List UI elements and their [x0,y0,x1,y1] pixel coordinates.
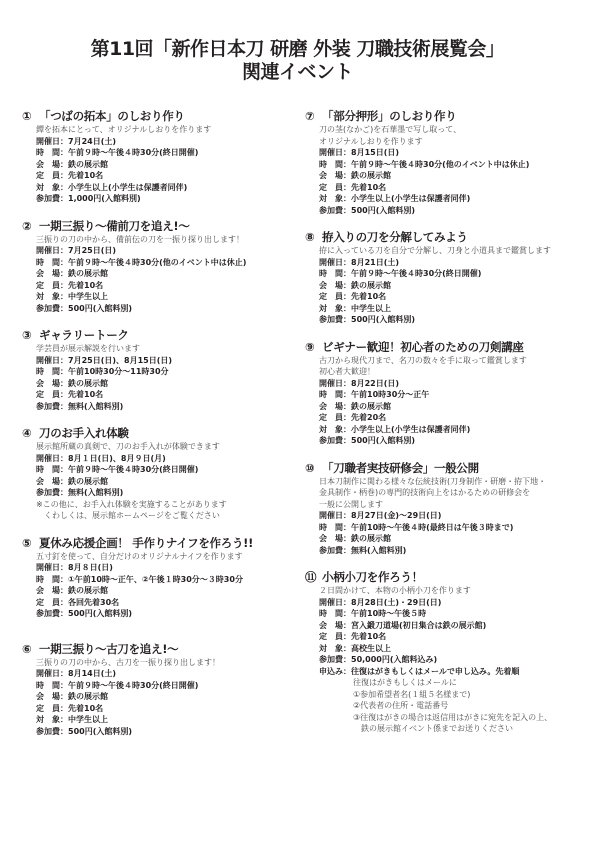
event-number: ⑩ [305,461,319,476]
event-description: オリジナルしおりを作ります [319,136,590,148]
event-capacity: 定 員：先着10名 [36,280,302,292]
event-description: 一般に公開します [319,499,590,511]
event-description: ２日間かけて、本物の小柄小刀を作ります [319,585,590,597]
event-2: ②一期三振り〜備前刀を追え!〜 三振りの刀の中から、備前伝の刀を一振り探り出しま… [22,219,302,315]
event-fee: 参加費：無料(入館料別) [36,487,302,499]
event-number: ⑪ [305,570,319,585]
application-note: ②代表者の住所・電話番号 [319,700,590,712]
event-venue: 会 場：鉄の展示館 [319,170,590,182]
event-capacity: 定 員：各回先着30名 [36,597,302,609]
application-note: 鉄の展示館イベント係までお送りください [319,723,590,735]
event-fee: 参加費：500円(入館料別) [319,435,590,447]
event-description: 三振りの刀の中から、古刀を一振り探り出します！ [36,657,302,669]
event-9: ⑨ビギナー歓迎！初心者のための刀剣講座 古刀から現代刀まで、名刀の数々を手に取っ… [305,340,590,447]
event-number: ② [22,219,36,234]
application-note: ③往復はがきの場合は返信用はがきに宛先を記入の上、 [319,712,590,724]
event-date: 開催日：8月27日(金)〜29日(日) [319,510,590,522]
event-venue: 会 場：鉄の展示館 [36,691,302,703]
event-description: 金具制作・柄巻)の専門的技術向上をはかるための研修会を [319,487,590,499]
event-number: ⑥ [22,642,36,657]
event-title: ⑩「刀職者実技研修会」一般公開 [305,461,590,476]
event-venue: 会 場：鉄の展示館 [36,159,302,171]
title-line-1: 第11回「新作日本刀 研磨 外装 刀職技術展覧会」 [0,38,595,61]
event-fee: 参加費：500円(入館料別) [36,608,302,620]
event-time: 時 間：午前10時30分〜11時30分 [36,366,302,378]
event-description: 古刀から現代刀まで、名刀の数々を手に取って鑑賞します [319,355,590,367]
event-title: ⑨ビギナー歓迎！初心者のための刀剣講座 [305,340,590,355]
event-capacity: 定 員：先着20名 [319,412,590,424]
application-note: 往復はがきもしくはメールに [319,677,590,689]
event-capacity: 定 員：先着10名 [36,170,302,182]
event-4: ④刀のお手入れ体験 展示館所蔵の真剣で、刀のお手入れが体験できます 開催日：8月… [22,426,302,522]
event-number: ④ [22,426,36,441]
event-5: ⑤夏休み応援企画！ 手作りナイフを作ろう!! 五寸釘を使って、自分だけのオリジナ… [22,536,302,620]
event-date: 開催日：7月25日(日)、8月15日(日) [36,355,302,367]
event-capacity: 定 員：先着10名 [319,631,590,643]
event-date: 開催日：8月14日(土) [36,668,302,680]
event-title: ⑤夏休み応援企画！ 手作りナイフを作ろう!! [22,536,302,551]
event-title: ⑪小柄小刀を作ろう！ [305,570,590,585]
event-time: 時 間：午前９時〜午後４時30分(終日開催) [36,680,302,692]
event-7: ⑦「部分押形」のしおり作り 刀の茎(なかご)を石華墨で写し取って、 オリジナルし… [305,109,590,216]
event-venue: 会 場：鉄の展示館 [319,401,590,413]
event-eligibility: 対 象：中学生以上 [36,291,302,303]
event-6: ⑥一期三振り〜古刀を追え!〜 三振りの刀の中から、古刀を一振り探り出します！ 開… [22,642,302,738]
event-time: 時 間：午前10時〜午後５時 [319,608,590,620]
event-note: くわしくは、展示館ホームページをご覧ください [36,510,302,522]
event-date: 開催日：8月28日(土)・29日(日) [319,597,590,609]
event-title: ⑥一期三振り〜古刀を追え!〜 [22,642,302,657]
event-title: ⑧拵入りの刀を分解してみよう [305,230,590,245]
event-number: ⑧ [305,230,319,245]
event-date: 開催日：7月25日(日) [36,245,302,257]
event-description: 初心者大歓迎！ [319,366,590,378]
event-eligibility: 対 象：高校生以上 [319,643,590,655]
event-fee: 参加費：500円(入館料別) [36,303,302,315]
event-capacity: 定 員：先着10名 [36,389,302,401]
event-date: 開催日：8月21日(土) [319,257,590,269]
event-title: ③ギャラリートーク [22,328,302,343]
right-column: ⑦「部分押形」のしおり作り 刀の茎(なかご)を石華墨で写し取って、 オリジナルし… [305,109,590,749]
event-date: 開催日：8月22日(日) [319,378,590,390]
event-title: ①「つばの拓本」のしおり作り [22,109,302,124]
event-description: 学芸員が展示解説を行います [36,343,302,355]
event-venue: 会 場：鉄の展示館 [319,280,590,292]
event-application: 申込み：往復はがきもしくはメールで申し込み。先着順 [319,666,590,678]
event-capacity: 定 員：先着10名 [319,291,590,303]
event-8: ⑧拵入りの刀を分解してみよう 拵に入っている刀を自分で分解し、刀身と小道具まで鑑… [305,230,590,326]
application-note: ①参加希望者名(１組５名様まで) [319,689,590,701]
event-capacity: 定 員：先着10名 [319,182,590,194]
event-venue: 会 場：鉄の展示館 [36,268,302,280]
event-venue: 会 場：鉄の展示館 [36,476,302,488]
page-title: 第11回「新作日本刀 研磨 外装 刀職技術展覧会」 関連イベント [0,38,595,84]
event-fee: 参加費：50,000円(入館料込み) [319,654,590,666]
event-time: 時 間：午前９時〜午後４時30分(他のイベント中は休止) [36,257,302,269]
event-description: 五寸釘を使って、自分だけのオリジナルナイフを作ります [36,551,302,563]
event-time: 時 間：午前９時〜午後４時30分(終日開催) [36,464,302,476]
event-1: ①「つばの拓本」のしおり作り 鐔を拓本にとって、オリジナルしおりを作ります 開催… [22,109,302,205]
event-venue: 会 場：宮入鍛刀道場(初日集合は鉄の展示館) [319,620,590,632]
event-11: ⑪小柄小刀を作ろう！ ２日間かけて、本物の小柄小刀を作ります 開催日：8月28日… [305,570,590,735]
event-description: 拵に入っている刀を自分で分解し、刀身と小道具まで鑑賞します [319,245,590,257]
event-title: ⑦「部分押形」のしおり作り [305,109,590,124]
event-description: 展示館所蔵の真剣で、刀のお手入れが体験できます [36,441,302,453]
event-venue: 会 場：鉄の展示館 [36,585,302,597]
event-eligibility: 対 象：小学生以上(小学生は保護者同伴) [36,182,302,194]
event-eligibility: 対 象：小学生以上(小学生は保護者同伴) [319,193,590,205]
event-3: ③ギャラリートーク 学芸員が展示解説を行います 開催日：7月25日(日)、8月1… [22,328,302,412]
event-title: ④刀のお手入れ体験 [22,426,302,441]
event-10: ⑩「刀職者実技研修会」一般公開 日本刀制作に関わる様々な伝統技術(刀身制作・研磨… [305,461,590,557]
event-time: 時 間：午前10時30分〜正午 [319,389,590,401]
event-fee: 参加費：500円(入館料別) [36,726,302,738]
event-time: 時 間：午前10時〜午後４時(最終日は午後３時まで) [319,522,590,534]
event-time: 時 間：午前９時〜午後４時30分(他のイベント中は休止) [319,159,590,171]
event-fee: 参加費：無料(入館料別) [319,545,590,557]
event-title: ②一期三振り〜備前刀を追え!〜 [22,219,302,234]
event-venue: 会 場：鉄の展示館 [319,533,590,545]
event-time: 時 間：午前９時〜午後４時30分(終日開催) [36,147,302,159]
event-date: 開催日：8月１日(日)、8月９日(月) [36,453,302,465]
event-fee: 参加費：500円(入館料別) [319,205,590,217]
event-number: ⑦ [305,109,319,124]
left-column: ①「つばの拓本」のしおり作り 鐔を拓本にとって、オリジナルしおりを作ります 開催… [22,109,302,751]
event-fee: 参加費：1,000円(入館料別) [36,193,302,205]
event-capacity: 定 員：先着10名 [36,703,302,715]
event-description: 鐔を拓本にとって、オリジナルしおりを作ります [36,124,302,136]
event-eligibility: 対 象：小学生以上(小学生は保護者同伴) [319,424,590,436]
event-date: 開催日：8月15日(日) [319,147,590,159]
event-description: 日本刀制作に関わる様々な伝統技術(刀身制作・研磨・拵下地・ [319,476,590,488]
event-number: ⑨ [305,340,319,355]
event-eligibility: 対 象：中学生以上 [319,303,590,315]
event-fee: 参加費：500円(入館料別) [319,314,590,326]
event-time: 時 間：午前９時〜午後４時30分(終日開催) [319,268,590,280]
event-number: ⑤ [22,536,36,551]
title-line-2: 関連イベント [0,61,595,84]
event-description: 三振りの刀の中から、備前伝の刀を一振り探り出します！ [36,234,302,246]
event-fee: 参加費：無料(入館料別) [36,401,302,413]
event-venue: 会 場：鉄の展示館 [36,378,302,390]
event-number: ③ [22,328,36,343]
event-description: 刀の茎(なかご)を石華墨で写し取って、 [319,124,590,136]
event-number: ① [22,109,36,124]
event-date: 開催日：7月24日(土) [36,136,302,148]
event-note: ※この他に、お手入れ体験を実施することがあります [36,499,302,511]
event-time: 時 間：①午前10時〜正午、②午後１時30分〜３時30分 [36,574,302,586]
event-eligibility: 対 象：中学生以上 [36,714,302,726]
event-date: 開催日：8月８日(日) [36,562,302,574]
